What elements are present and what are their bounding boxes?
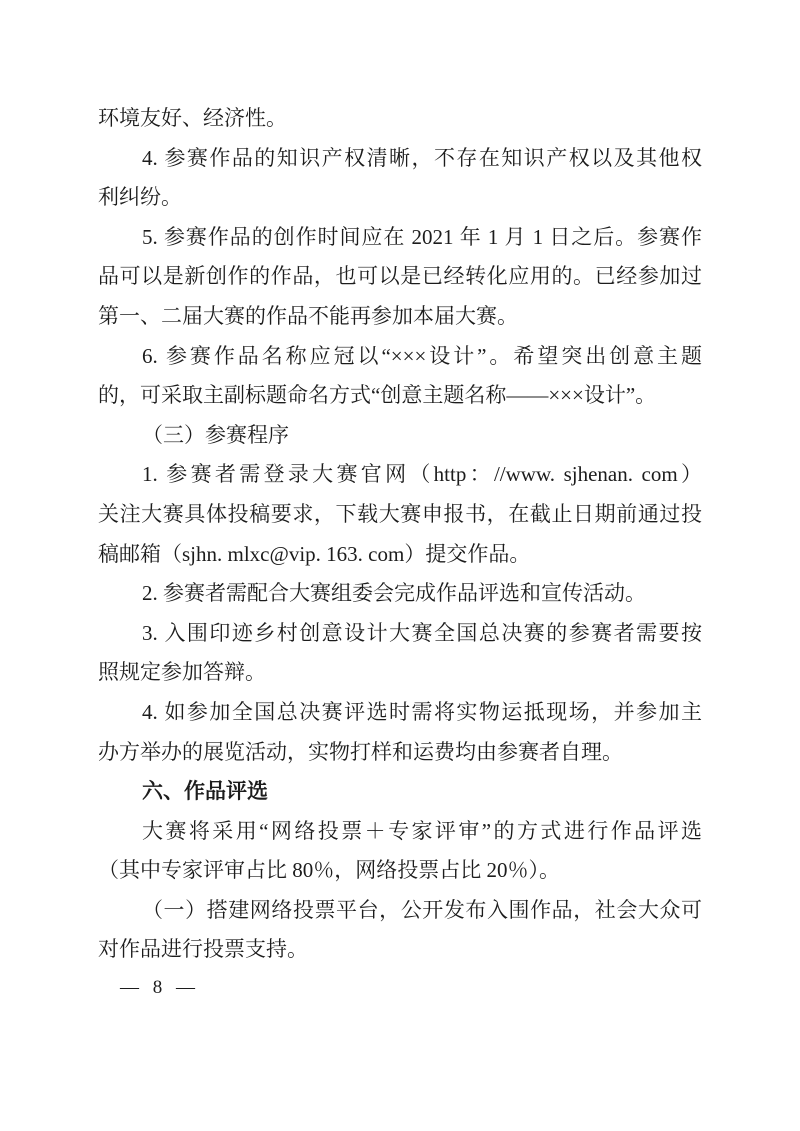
body-line: 照规定参加答辩。	[98, 653, 702, 693]
body-line: 关注大赛具体投稿要求，下载大赛申报书，在截止日期前通过投	[98, 495, 702, 535]
body-line: 大赛将采用“网络投票＋专家评审”的方式进行作品评选	[98, 812, 702, 852]
section-heading: 六、作品评选	[98, 772, 702, 812]
body-line: 环境友好、经济性。	[98, 99, 702, 139]
body-line: 利纠纷。	[98, 178, 702, 218]
body-line: 1. 参赛者需登录大赛官网（http：//www. sjhenan. com）	[98, 455, 702, 495]
body-line: 4. 如参加全国总决赛评选时需将实物运抵现场，并参加主	[98, 693, 702, 733]
body-line: （其中专家评审占比 80％，网络投票占比 20％）。	[98, 851, 702, 891]
body-line: 第一、二届大赛的作品不能再参加本届大赛。	[98, 297, 702, 337]
body-line: 办方举办的展览活动，实物打样和运费均由参赛者自理。	[98, 733, 702, 773]
body-line: 5. 参赛作品的创作时间应在 2021 年 1 月 1 日之后。参赛作	[98, 218, 702, 258]
body-line: 4. 参赛作品的知识产权清晰，不存在知识产权以及其他权	[98, 139, 702, 179]
page-number: — 8 —	[120, 974, 195, 1002]
body-line: 品可以是新创作的作品，也可以是已经转化应用的。已经参加过	[98, 257, 702, 297]
body-line: 2. 参赛者需配合大赛组委会完成作品评选和宣传活动。	[98, 574, 702, 614]
body-line: 稿邮箱（sjhn. mlxc@vip. 163. com）提交作品。	[98, 535, 702, 575]
body-line: 的，可采取主副标题命名方式“创意主题名称——×××设计”。	[98, 376, 702, 416]
document-body: 环境友好、经济性。 4. 参赛作品的知识产权清晰，不存在知识产权以及其他权 利纠…	[98, 99, 702, 970]
subsection-heading: （三）参赛程序	[98, 416, 702, 456]
body-line: 6. 参赛作品名称应冠以“×××设计”。希望突出创意主题	[98, 337, 702, 377]
body-line: 对作品进行投票支持。	[98, 930, 702, 970]
document-page: 环境友好、经济性。 4. 参赛作品的知识产权清晰，不存在知识产权以及其他权 利纠…	[0, 0, 800, 1131]
body-line: （一）搭建网络投票平台，公开发布入围作品，社会大众可	[98, 891, 702, 931]
body-line: 3. 入围印迹乡村创意设计大赛全国总决赛的参赛者需要按	[98, 614, 702, 654]
